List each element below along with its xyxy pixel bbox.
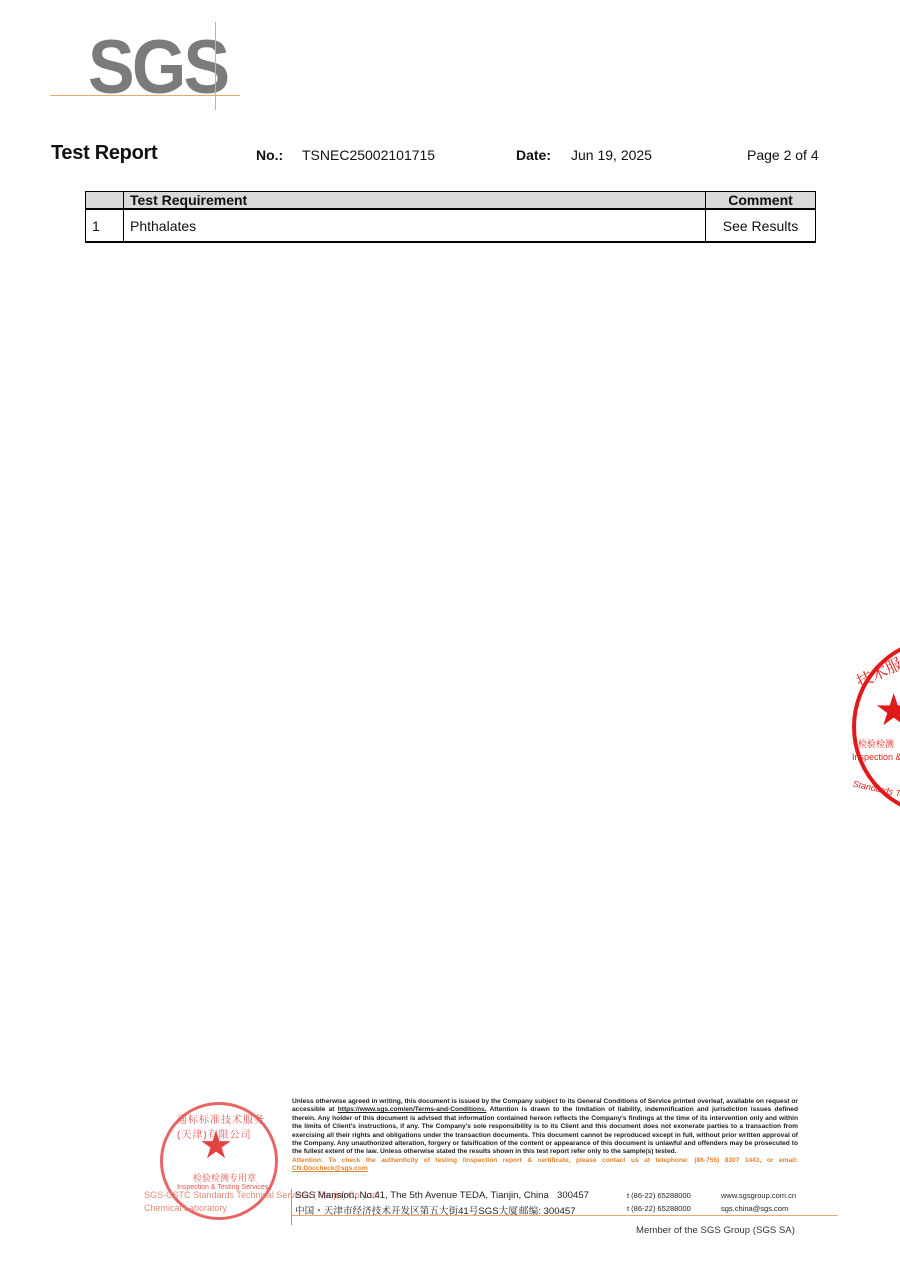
legal-disclaimer: Unless otherwise agreed in writing, this… bbox=[292, 1098, 798, 1174]
sgs-logo: SGS bbox=[50, 22, 245, 112]
stamp-label-cn: 检验检测 bbox=[858, 737, 894, 750]
disclaimer-text-2: Attention is drawn to the limitation of … bbox=[292, 1106, 798, 1155]
attention-text: Attention: To check the authenticity of … bbox=[292, 1157, 798, 1164]
page-number: Page 2 of 4 bbox=[747, 147, 819, 163]
test-requirement-table: Test Requirement Comment 1 Phthalates Se… bbox=[85, 191, 816, 243]
stamp-label-cn: 检验检测专用章 bbox=[193, 1171, 256, 1184]
website-link[interactable]: www.sgsgroup.com.cn bbox=[721, 1191, 796, 1200]
address-english: SGS Mansion, No.41, The 5th Avenue TEDA,… bbox=[295, 1190, 549, 1201]
column-header-test-requirement: Test Requirement bbox=[124, 192, 706, 210]
table-header-row: Test Requirement Comment bbox=[86, 192, 816, 210]
postcode-english: 300457 bbox=[557, 1190, 589, 1201]
report-number: TSNEC25002101715 bbox=[302, 147, 435, 163]
star-icon: ★ bbox=[874, 689, 900, 733]
column-header-number bbox=[86, 192, 124, 210]
authenticity-notice: Attention: To check the authenticity of … bbox=[292, 1157, 798, 1174]
address-chinese: 中国・天津市经济技术开发区第五大街41号SGS大厦 bbox=[295, 1203, 518, 1217]
telephone-1: t (86-22) 65288000 bbox=[627, 1191, 691, 1200]
email-link[interactable]: sgs.china@sgs.com bbox=[721, 1204, 788, 1213]
terms-link[interactable]: https://www.sgs.com/en/Terms-and-Conditi… bbox=[338, 1106, 487, 1113]
telephone-2: t (86-22) 65288000 bbox=[627, 1204, 691, 1213]
column-header-comment: Comment bbox=[706, 192, 816, 210]
star-icon: ★ bbox=[199, 1127, 233, 1165]
row-requirement: Phthalates bbox=[124, 209, 706, 242]
report-title: Test Report bbox=[51, 142, 157, 165]
edge-seal-stamp: 技术服务 ★ 检验检测 Inspection & Testing Standar… bbox=[852, 637, 900, 822]
table-row: 1 Phthalates See Results bbox=[86, 209, 816, 242]
doccheck-email-link[interactable]: CN.Doccheck@sgs.com bbox=[292, 1165, 368, 1172]
report-number-label: No.: bbox=[256, 147, 283, 163]
postcode-chinese: 邮编: 300457 bbox=[519, 1203, 576, 1217]
report-date: Jun 19, 2025 bbox=[571, 147, 652, 163]
stamp-label-en: Inspection & Testing bbox=[852, 752, 900, 762]
row-comment: See Results bbox=[706, 209, 816, 242]
address-divider-vertical bbox=[291, 1189, 292, 1225]
logo-vertical-line bbox=[215, 22, 216, 110]
logo-horizontal-line bbox=[50, 95, 240, 96]
date-label: Date: bbox=[516, 147, 551, 163]
row-number: 1 bbox=[86, 209, 124, 242]
member-statement: Member of the SGS Group (SGS SA) bbox=[636, 1225, 795, 1236]
